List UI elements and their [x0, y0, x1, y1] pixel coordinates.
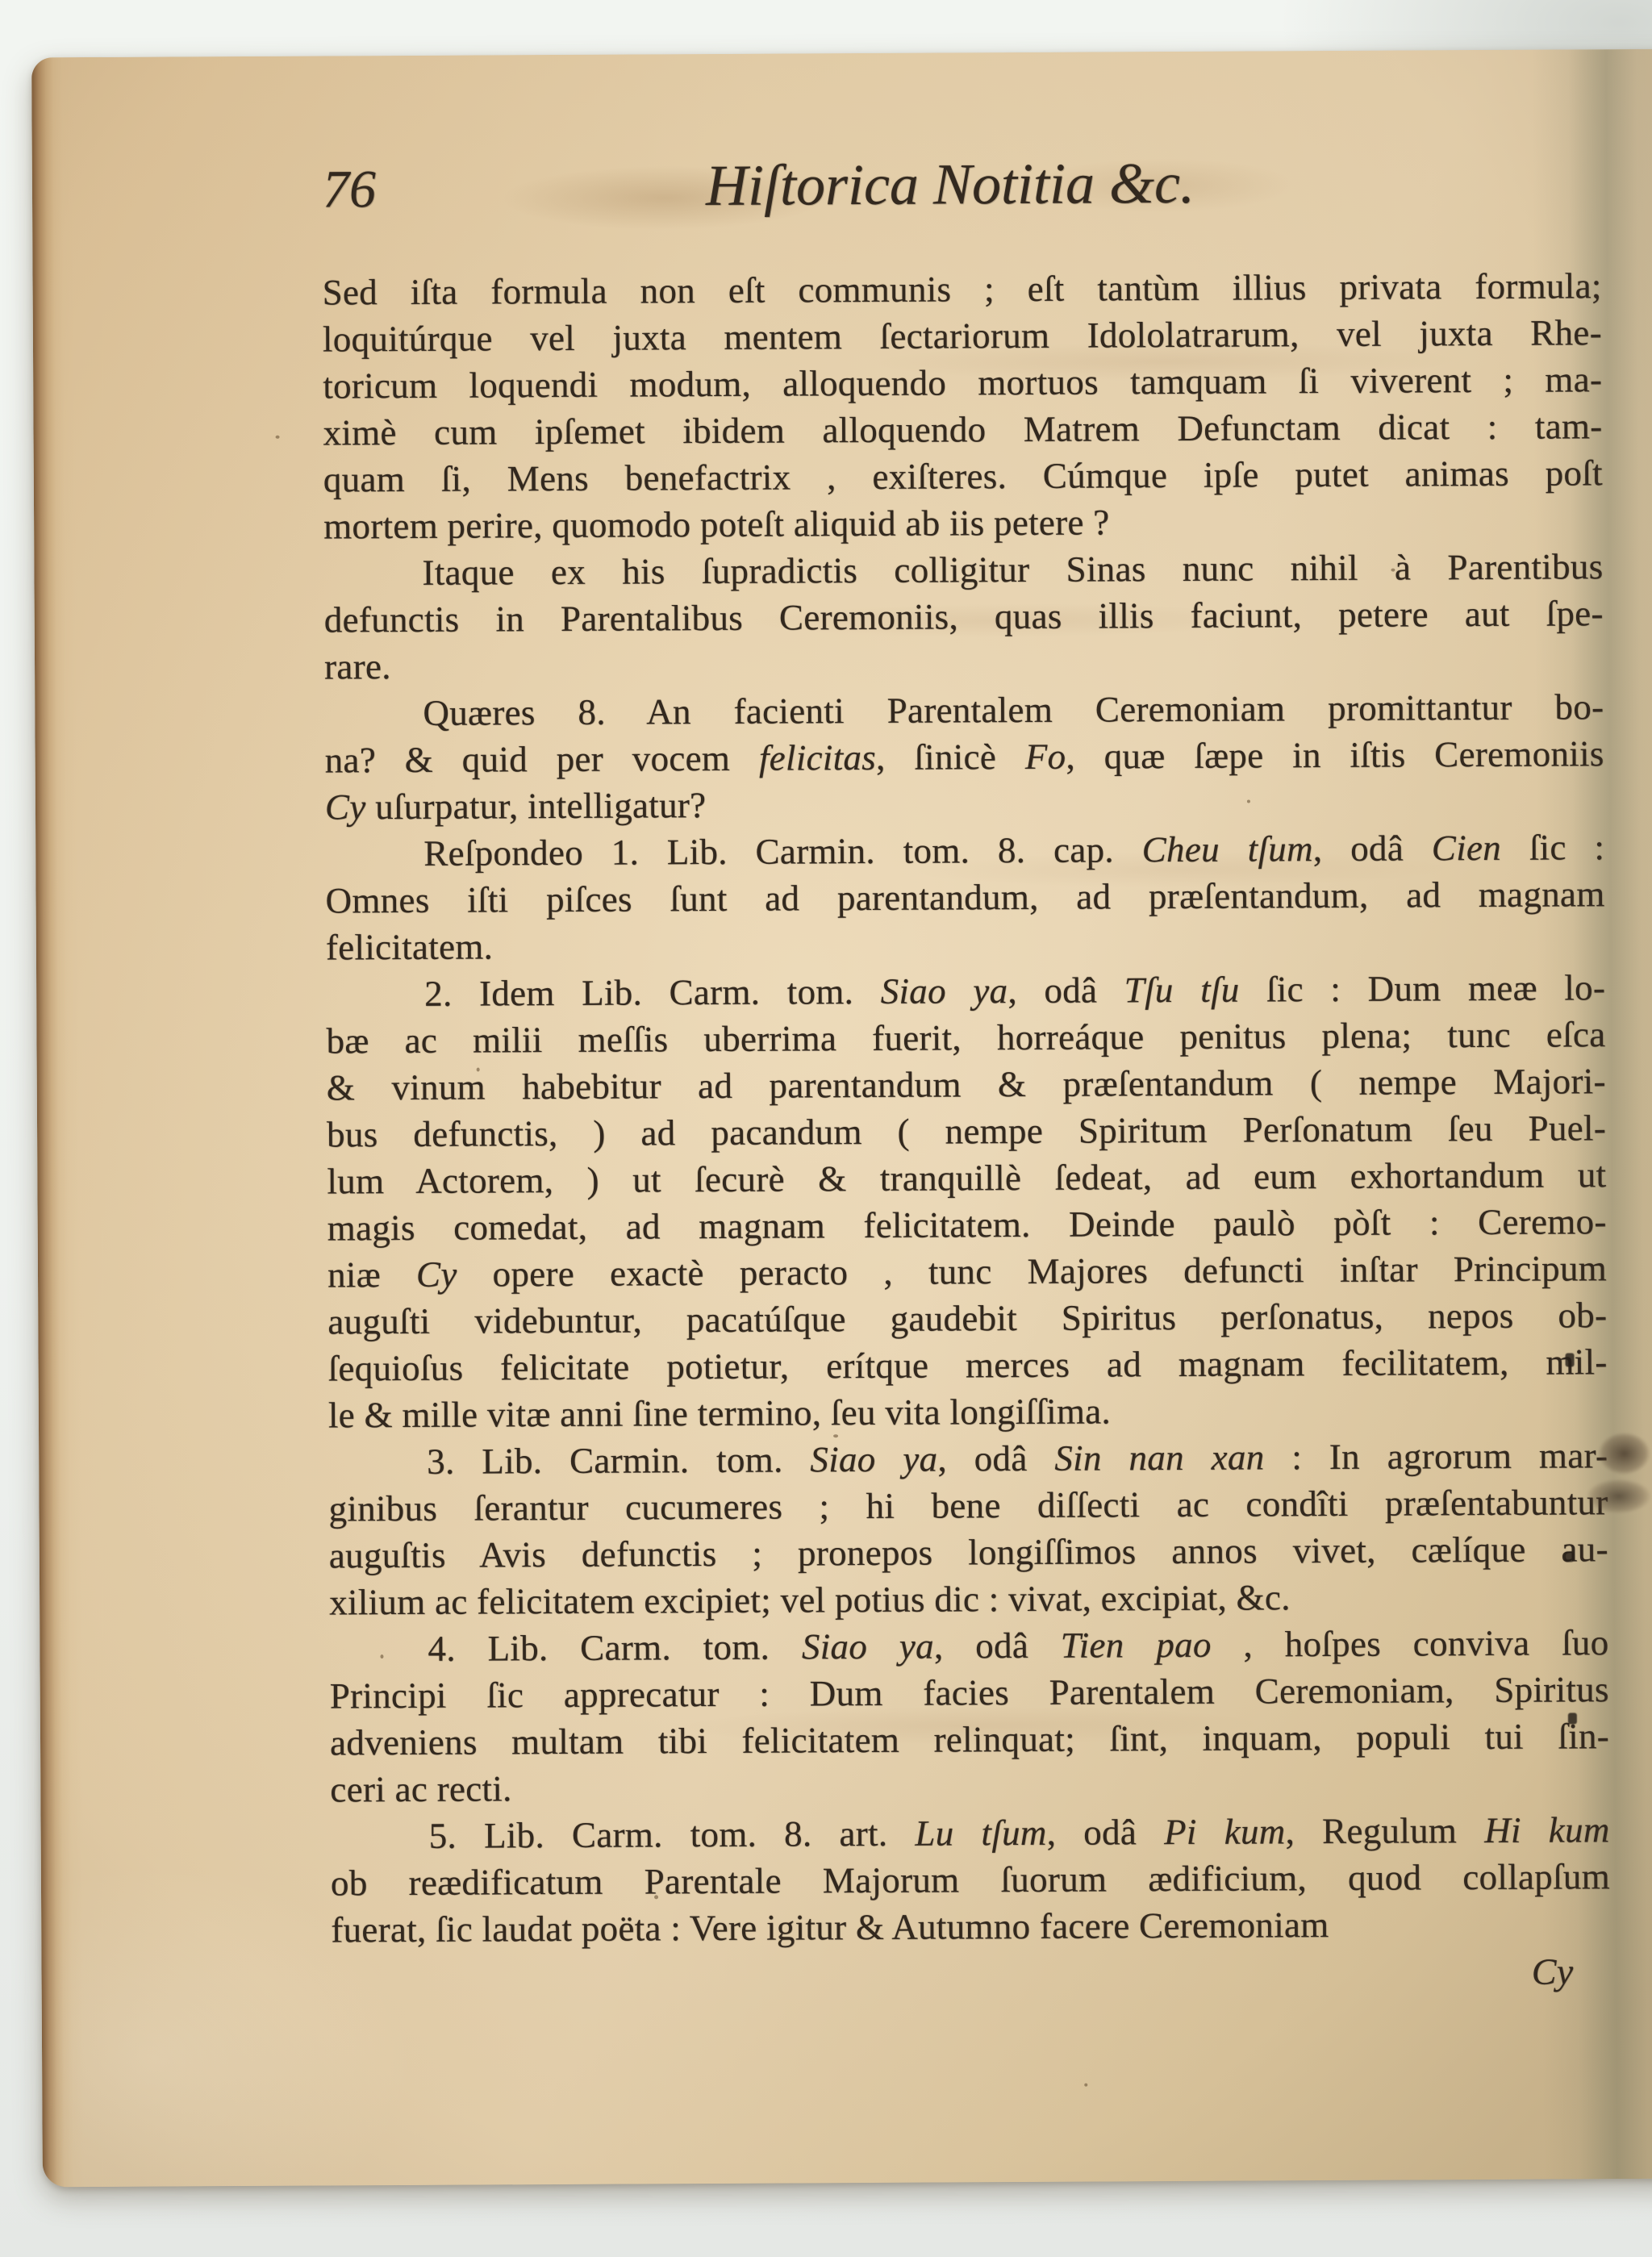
body-line: Principi ſic apprecatur : Dum facies Par… [330, 1666, 1609, 1719]
body-line: & vinum habebitur ad parentandum & præſe… [327, 1058, 1606, 1111]
body-line: defunctis in Parentalibus Ceremoniis, qu… [324, 590, 1604, 643]
body-line: ob reædificatum Parentale Majorum ſuorum… [331, 1853, 1610, 1906]
text-segment: ob reædificatum Parentale Majorum ſuorum… [331, 1856, 1610, 1903]
text-segment: felicitatem. [326, 926, 494, 967]
text-segment: Reſpondeo 1. Lib. Carmin. tom. 8. cap. [423, 829, 1142, 874]
text-segment: Lu tſum [915, 1813, 1047, 1854]
text-segment: quam ſi, Mens benefactrix , exiſteres. C… [323, 453, 1603, 499]
body-line: adveniens multam tibi felicitatem relinq… [330, 1713, 1609, 1766]
text-segment: , odâ [934, 1625, 1061, 1667]
text-segment: 2. Idem Lib. Carm. tom. [424, 971, 881, 1014]
body-line: bæ ac milii meſſis uberrima fuerit, horr… [326, 1011, 1605, 1064]
scan-background: 76 Hiſtorica Notitia &c. Sed iſta formul… [0, 0, 1652, 2257]
text-segment: Tien pao [1061, 1625, 1212, 1666]
text-segment: Fo [1025, 736, 1066, 777]
body-line: quam ſi, Mens benefactrix , exiſteres. C… [323, 449, 1603, 503]
text-segment: bus defunctis, ) ad pacandum ( nempe Spi… [327, 1108, 1606, 1154]
text-segment: auguſti videbuntur, pacatúſque gaudebit … [327, 1295, 1607, 1341]
text-segment: ſic : [1501, 827, 1604, 868]
text-segment: Cy [325, 786, 366, 827]
show-through-mark [1565, 1551, 1574, 1562]
body-line: niæ Cy opere exactè peracto , tunc Major… [327, 1245, 1607, 1298]
text-segment: loquitúrque vel juxta mentem ſectariorum… [323, 312, 1602, 359]
text-segment: Siao ya [802, 1626, 934, 1667]
text-segment: 4. Lib. Carm. tom. [428, 1626, 802, 1668]
book-page: 76 Hiſtorica Notitia &c. Sed iſta formul… [31, 49, 1652, 2188]
text-segment: ceri ac recti. [330, 1768, 512, 1809]
text-segment: , hoſpes conviva ſuo [1212, 1622, 1609, 1665]
text-segment: ſequioſus felicitate potietur, erítque m… [327, 1341, 1607, 1388]
body-line: 2. Idem Lib. Carm. tom. Siao ya, odâ Tſu… [326, 964, 1605, 1017]
text-segment: , odâ [1313, 828, 1432, 869]
paper-speck [833, 1434, 838, 1437]
text-segment: magis comedat, ad magnam felicitatem. De… [327, 1201, 1607, 1248]
text-segment: Cheu tſum [1142, 828, 1313, 870]
body-line: bus defunctis, ) ad pacandum ( nempe Spi… [327, 1104, 1606, 1158]
body-line: felicitatem. [326, 917, 1605, 970]
body-line: ſequioſus felicitate potietur, erítque m… [327, 1338, 1607, 1391]
body-line: auguſti videbuntur, pacatúſque gaudebit … [327, 1291, 1607, 1345]
body-line: Quæres 8. An facienti Parentalem Ceremon… [324, 683, 1604, 736]
paper-speck [1391, 569, 1395, 572]
text-segment: lum Actorem, ) ut ſecurè & tranquillè ſe… [327, 1154, 1606, 1201]
text-segment: ſic : Dum meæ lo- [1239, 967, 1605, 1009]
paper-speck [380, 1654, 383, 1658]
body-line: Cy uſurpatur, intelligatur? [325, 777, 1604, 830]
paper-speck [654, 1895, 658, 1899]
text-segment: 3. Lib. Carmin. tom. [427, 1439, 810, 1481]
body-line: mortem perire, quomodo poteſt aliquid ab… [323, 496, 1603, 549]
text-segment: uſurpatur, intelligatur? [365, 785, 706, 827]
show-through-mark [1566, 1353, 1575, 1366]
text-segment: , quæ ſæpe in iſtis Ceremoniis [1066, 733, 1604, 776]
text-segment: Quæres 8. An facienti Parentalem Ceremon… [423, 686, 1604, 733]
paragraph: 5. Lib. Carm. tom. 8. art. Lu tſum, odâ … [331, 1806, 1611, 1953]
text-segment: , odâ [1007, 970, 1124, 1011]
paper-speck [1247, 800, 1250, 803]
text-segment: toricum loquendi modum, alloquendo mortu… [323, 359, 1602, 406]
text-segment: niæ [327, 1254, 416, 1295]
body-line: 5. Lib. Carm. tom. 8. art. Lu tſum, odâ … [331, 1806, 1610, 1859]
text-segment: Sin nan xan [1054, 1437, 1264, 1478]
text-segment: auguſtis Avis defunctis ; pronepos longi… [329, 1529, 1608, 1575]
text-segment: & vinum habebitur ad parentandum & præſe… [327, 1061, 1606, 1108]
text-segment: 5. Lib. Carm. tom. 8. art. [429, 1813, 916, 1856]
body-line: lum Actorem, ) ut ſecurè & tranquillè ſe… [327, 1151, 1606, 1204]
text-segment: Principi ſic apprecatur : Dum facies Par… [330, 1669, 1609, 1716]
text-segment: fuerat, ſic laudat poëta : Vere igitur &… [331, 1904, 1329, 1950]
text-segment: defunctis in Parentalibus Ceremoniis, qu… [324, 593, 1604, 640]
text-segment: Cien [1432, 828, 1501, 868]
body-line: loquitúrque vel juxta mentem ſectariorum… [323, 309, 1602, 362]
text-segment: , Regulum [1285, 1810, 1484, 1851]
body-text: Sed iſta formula non eſt communis ; eſt … [322, 262, 1610, 1998]
paragraph: Itaque ex his ſupradictis colligitur Sin… [323, 543, 1604, 690]
catchword: Cy [331, 1951, 1610, 1998]
text-segment: Itaque ex his ſupradictis colligitur Sin… [422, 546, 1603, 593]
body-line: na? & quid per vocem felicitas, ſinicè F… [325, 730, 1604, 783]
body-line: ceri ac recti. [330, 1759, 1609, 1813]
text-segment: felicitas [759, 737, 876, 778]
text-segment: bæ ac milii meſſis uberrima fuerit, horr… [326, 1014, 1605, 1061]
paper-speck [477, 1068, 480, 1072]
paragraph: 4. Lib. Carm. tom. Siao ya, odâ Tien pao… [329, 1619, 1609, 1813]
text-segment: na? & quid per vocem [325, 738, 759, 781]
body-line: magis comedat, ad magnam felicitatem. De… [327, 1198, 1607, 1251]
running-header: Hiſtorica Notitia &c. [311, 149, 1590, 219]
ink-blot [1575, 1419, 1652, 1521]
body-line: Reſpondeo 1. Lib. Carmin. tom. 8. cap. C… [325, 824, 1604, 877]
body-line: Itaque ex his ſupradictis colligitur Sin… [323, 543, 1603, 596]
text-segment: Cy [416, 1254, 457, 1295]
body-line: auguſtis Avis defunctis ; pronepos longi… [329, 1525, 1608, 1579]
body-line: 3. Lib. Carmin. tom. Siao ya, odâ Sin na… [328, 1432, 1608, 1485]
text-segment: le & mille vitæ anni ſine termino, ſeu v… [328, 1391, 1111, 1435]
paragraph: 3. Lib. Carmin. tom. Siao ya, odâ Sin na… [328, 1432, 1608, 1625]
paper-speck [276, 436, 280, 439]
body-line: toricum loquendi modum, alloquendo mortu… [323, 356, 1602, 409]
text-segment: Siao ya [880, 970, 1007, 1012]
text-segment: rare. [324, 646, 391, 686]
body-line: Sed iſta formula non eſt communis ; eſt … [322, 262, 1601, 315]
paragraph: 2. Idem Lib. Carm. tom. Siao ya, odâ Tſu… [326, 964, 1608, 1438]
body-line: rare. [324, 636, 1604, 690]
paragraph: Sed iſta formula non eſt communis ; eſt … [322, 262, 1603, 549]
text-segment: opere exactè peracto , tunc Majores defu… [457, 1248, 1607, 1294]
body-line: 4. Lib. Carm. tom. Siao ya, odâ Tien pao… [329, 1619, 1608, 1672]
text-segment: Tſu tſu [1124, 970, 1240, 1011]
text-segment: adveniens multam tibi felicitatem relinq… [330, 1716, 1609, 1763]
text-segment: Siao ya [810, 1439, 937, 1480]
paragraph: Reſpondeo 1. Lib. Carmin. tom. 8. cap. C… [325, 824, 1605, 970]
body-line: ximè cum ipſemet ibidem alloquendo Matre… [323, 403, 1602, 456]
body-line: xilium ac felicitatem excipiet; vel poti… [329, 1572, 1608, 1625]
body-line: Omnes iſti piſces ſunt ad parentandum, a… [325, 870, 1604, 924]
body-line: le & mille vitæ anni ſine termino, ſeu v… [328, 1385, 1608, 1438]
text-segment: ginibus ſerantur cucumeres ; hi bene diſ… [328, 1482, 1608, 1529]
text-segment: Pi kum [1164, 1811, 1286, 1852]
text-segment: xilium ac felicitatem excipiet; vel poti… [329, 1577, 1291, 1622]
text-segment: ximè cum ipſemet ibidem alloquendo Matre… [323, 406, 1602, 453]
show-through-mark [1568, 1713, 1577, 1724]
body-line: ginibus ſerantur cucumeres ; hi bene diſ… [328, 1479, 1608, 1532]
text-segment: , ſinicè [876, 736, 1025, 778]
body-line: fuerat, ſic laudat poëta : Vere igitur &… [331, 1900, 1610, 1953]
paragraph: Quæres 8. An facienti Parentalem Ceremon… [324, 683, 1604, 830]
text-segment: , odâ [937, 1438, 1054, 1479]
text-segment: Omnes iſti piſces ſunt ad parentandum, a… [325, 874, 1604, 920]
paper-speck [1084, 2084, 1087, 2087]
text-segment: , odâ [1047, 1812, 1165, 1853]
text-segment: mortem perire, quomodo poteſt aliquid ab… [323, 502, 1110, 546]
text-segment: Hi kum [1484, 1809, 1610, 1850]
text-segment: Sed iſta formula non eſt communis ; eſt … [323, 265, 1602, 312]
text-segment: : In agrorum mar- [1264, 1435, 1608, 1477]
